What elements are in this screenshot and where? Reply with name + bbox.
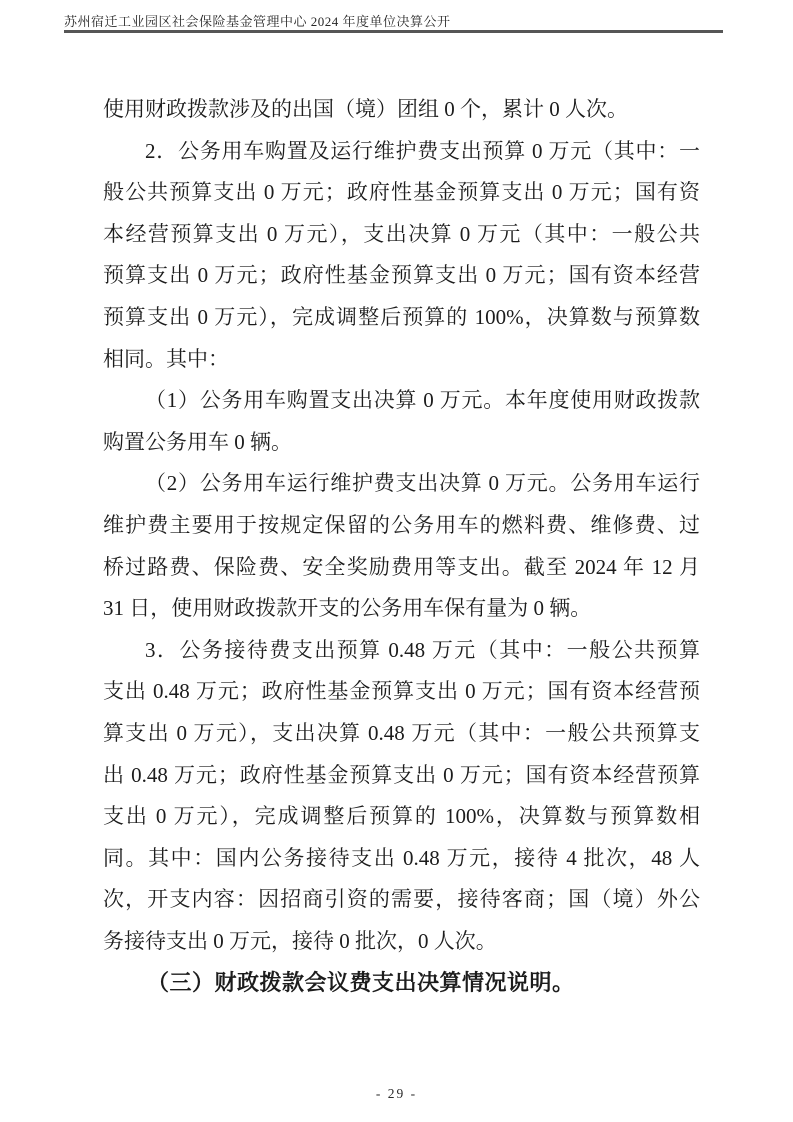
text-line: 31 日，使用财政拨款开支的公务用车保有量为 0 辆。 (103, 588, 700, 630)
text-line: （2）公务用车运行维护费支出决算 0 万元。公务用车运行 (103, 463, 700, 505)
text-line: （1）公务用车购置支出决算 0 万元。本年度使用财政拨款 (103, 380, 700, 422)
text-line: 购置公务用车 0 辆。 (103, 422, 700, 464)
text-line: 2．公务用车购置及运行维护费支出预算 0 万元（其中：一 (103, 131, 700, 173)
text-line: 同。其中：国内公务接待支出 0.48 万元，接待 4 批次，48 人 (103, 838, 700, 880)
text-line: 预算支出 0 万元；政府性基金预算支出 0 万元；国有资本经营 (103, 255, 700, 297)
text-line: 次，开支内容：因招商引资的需要，接待客商；国（境）外公 (103, 879, 700, 921)
text-line: 预算支出 0 万元），完成调整后预算的 100%，决算数与预算数 (103, 297, 700, 339)
document-body: 使用财政拨款涉及的出国（境）团组 0 个，累计 0 人次。2．公务用车购置及运行… (103, 89, 700, 1004)
text-line: 般公共预算支出 0 万元；政府性基金预算支出 0 万元；国有资 (103, 172, 700, 214)
text-line: 使用财政拨款涉及的出国（境）团组 0 个，累计 0 人次。 (103, 89, 700, 131)
header-rule (64, 30, 723, 33)
page-number: - 29 - (0, 1086, 793, 1102)
text-line: 支出 0 万元），完成调整后预算的 100%，决算数与预算数相 (103, 796, 700, 838)
text-line: 算支出 0 万元），支出决算 0.48 万元（其中：一般公共预算支 (103, 713, 700, 755)
text-line: 本经营预算支出 0 万元），支出决算 0 万元（其中：一般公共 (103, 214, 700, 256)
section-heading-line: （三）财政拨款会议费支出决算情况说明。 (103, 962, 700, 1004)
text-line: 维护费主要用于按规定保留的公务用车的燃料费、维修费、过 (103, 505, 700, 547)
text-line: 支出 0.48 万元；政府性基金预算支出 0 万元；国有资本经营预 (103, 671, 700, 713)
page-header-title: 苏州宿迁工业园区社会保险基金管理中心 2024 年度单位决算公开 (64, 11, 451, 30)
text-line: 务接待支出 0 万元，接待 0 批次，0 人次。 (103, 921, 700, 963)
document-page: 苏州宿迁工业园区社会保险基金管理中心 2024 年度单位决算公开 使用财政拨款涉… (0, 0, 793, 1122)
text-line: 相同。其中： (103, 339, 700, 381)
text-line: 出 0.48 万元；政府性基金预算支出 0 万元；国有资本经营预算 (103, 755, 700, 797)
text-line: 3．公务接待费支出预算 0.48 万元（其中：一般公共预算 (103, 630, 700, 672)
text-line: 桥过路费、保险费、安全奖励费用等支出。截至 2024 年 12 月 (103, 547, 700, 589)
